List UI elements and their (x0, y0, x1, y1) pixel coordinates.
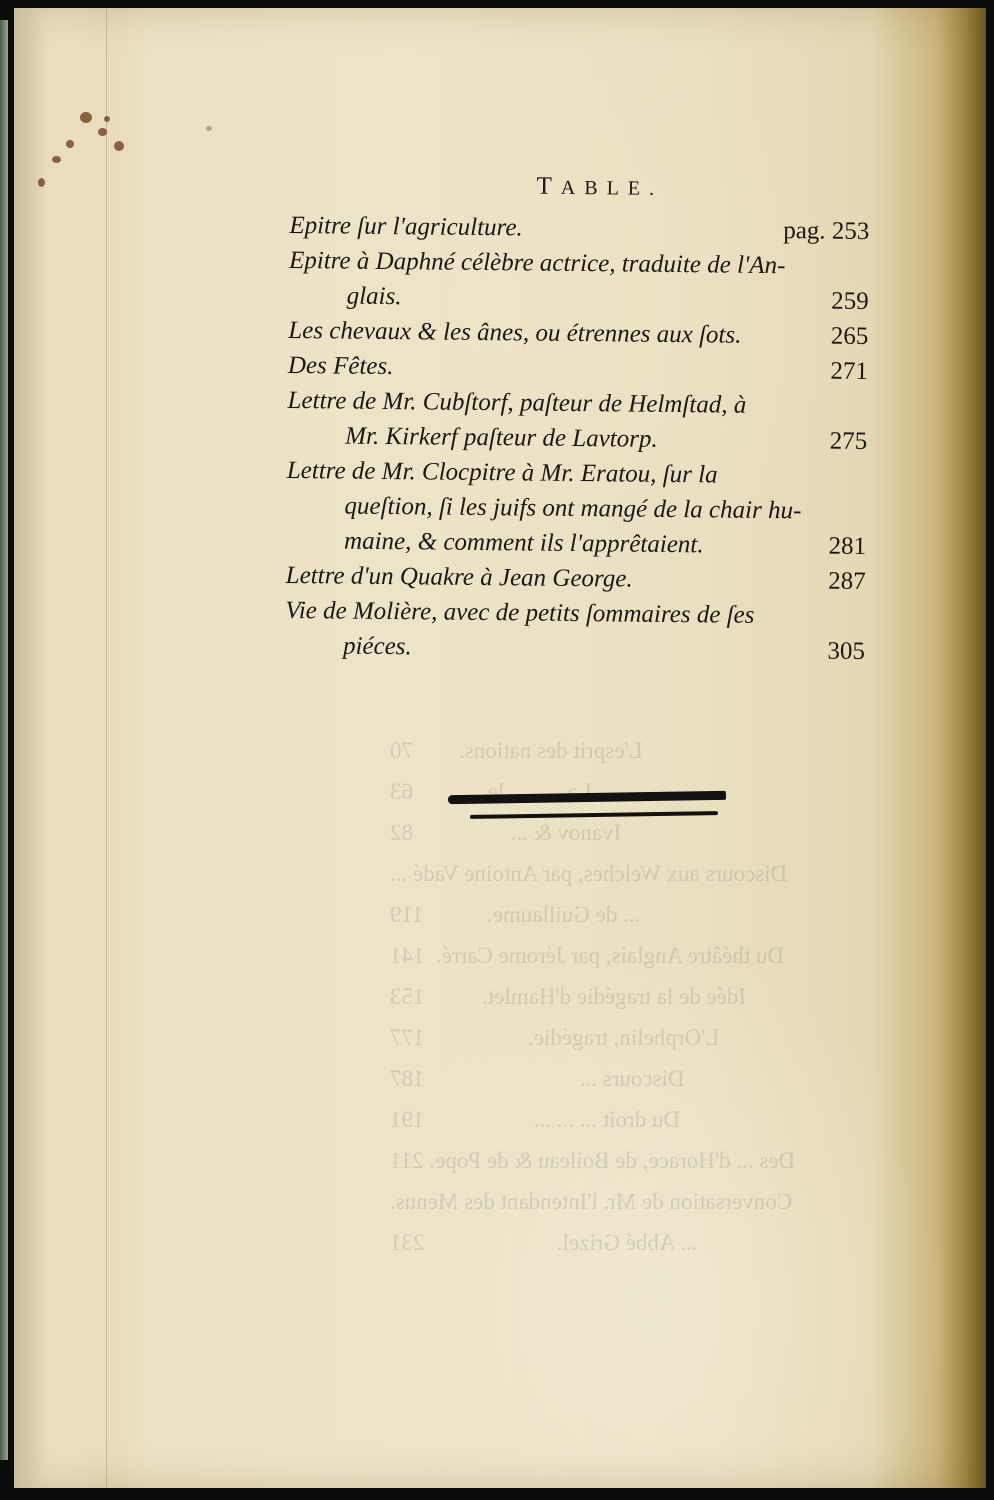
toc-entry: Lettre d'un Quakre à Jean George. 287 (286, 558, 866, 599)
entry-title: Lettre de Mr. Cubſtorf, paſteur de Helmſ… (287, 383, 746, 423)
toc-entry: Epitre ſur l'agriculture. pag. 253 (289, 208, 869, 249)
toc-entry: Lettre de Mr. Cubſtorf, paſteur de Helmſ… (287, 383, 868, 459)
entry-title: Epitre à Daphné célèbre actrice, traduit… (289, 243, 786, 283)
foxing-stain (66, 140, 74, 148)
entry-page-number: 275 (830, 424, 868, 459)
entry-title: Epitre ſur l'agriculture. (289, 208, 523, 245)
entry-title-continued: glais. (346, 279, 401, 315)
entry-title: Lettre de Mr. Clocpitre à Mr. Eratou, ſu… (287, 453, 718, 493)
toc-entry: Epitre à Daphné célèbre actrice, traduit… (289, 243, 870, 319)
entry-title: Les chevaux & les ânes, ou étrennes aux … (288, 313, 741, 353)
foxing-stain (38, 178, 45, 187)
foxing-stain (52, 156, 61, 163)
entry-title-continued: Mr. Kirkerf paſteur de Lavtorp. (345, 419, 658, 457)
binding-strip (0, 20, 8, 1460)
entry-page-number: 265 (831, 319, 869, 354)
torn-page-edge (14, 8, 44, 1488)
toc-entry: Lettre de Mr. Clocpitre à Mr. Eratou, ſu… (286, 453, 867, 564)
foxing-stain (104, 116, 110, 122)
foxing-stain (80, 112, 92, 123)
entry-page-number: 271 (830, 354, 868, 389)
entry-page-number: 287 (828, 564, 866, 599)
page-fold-line (106, 8, 107, 1488)
entry-title-continued: piéces. (343, 629, 412, 665)
entry-title-continued: queſtion, ſi les juifs ont mangé de la c… (344, 489, 801, 529)
toc-heading: TABLE. (330, 170, 870, 204)
table-of-contents: TABLE. Epitre ſur l'agriculture. pag. 25… (285, 170, 870, 669)
toc-entry: Des Fêtes. 271 (288, 348, 868, 389)
entry-page-number: 281 (828, 529, 866, 564)
entry-page-number: 259 (831, 284, 869, 319)
toc-entry: Vie de Molière, avec de petits ſommaires… (285, 593, 866, 669)
foxing-stain (206, 126, 212, 131)
entry-page-number: 305 (827, 634, 865, 669)
entry-title: Vie de Molière, avec de petits ſommaires… (285, 593, 754, 633)
foxing-stain (114, 141, 124, 151)
foxing-stain (98, 128, 107, 136)
toc-entry: Les chevaux & les ânes, ou étrennes aux … (288, 313, 868, 354)
entry-title: Des Fêtes. (288, 348, 394, 384)
entry-title-continued: maine, & comment ils l'apprêtaient. (344, 524, 704, 563)
entry-page-number: pag. 253 (783, 213, 869, 249)
entry-title: Lettre d'un Quakre à Jean George. (286, 558, 633, 597)
